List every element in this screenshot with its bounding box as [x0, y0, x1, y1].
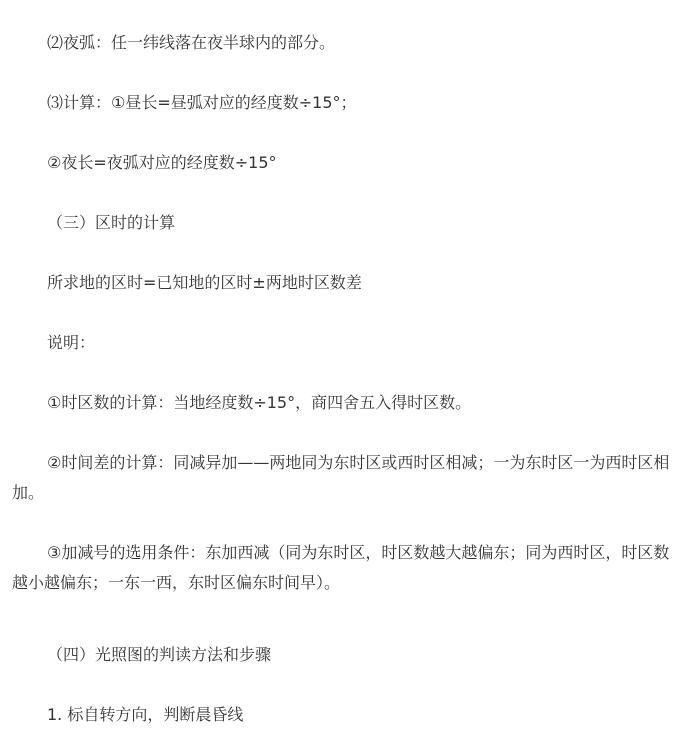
paragraph-step-1: 1. 标自转方向，判断晨昏线: [12, 700, 672, 730]
paragraph-zone-number-calc: ①时区数的计算：当地经度数÷15°，商四舍五入得时区数。: [12, 388, 672, 418]
paragraph-night-arc: ⑵夜弧：任一纬线落在夜半球内的部分。: [12, 28, 672, 58]
paragraph-calculation-day-length: ⑶计算：①昼长=昼弧对应的经度数÷15°；: [12, 88, 672, 118]
paragraph-night-length: ②夜长=夜弧对应的经度数÷15°: [12, 148, 672, 178]
paragraph-zone-time-formula: 所求地的区时=已知地的区时±两地时区数差: [12, 268, 672, 298]
paragraph-sign-selection: ③加减号的选用条件：东加西减（同为东时区，时区数越大越偏东；同为西时区，时区数越…: [12, 538, 672, 598]
section-heading-illumination-map: （四）光照图的判读方法和步骤: [12, 640, 672, 670]
paragraph-explanation-label: 说明：: [12, 328, 672, 358]
section-heading-zone-time: （三）区时的计算: [12, 208, 672, 238]
paragraph-time-difference-calc: ②时间差的计算：同减异加——两地同为东时区或西时区相减；一为东时区一为西时区相加…: [12, 448, 672, 508]
